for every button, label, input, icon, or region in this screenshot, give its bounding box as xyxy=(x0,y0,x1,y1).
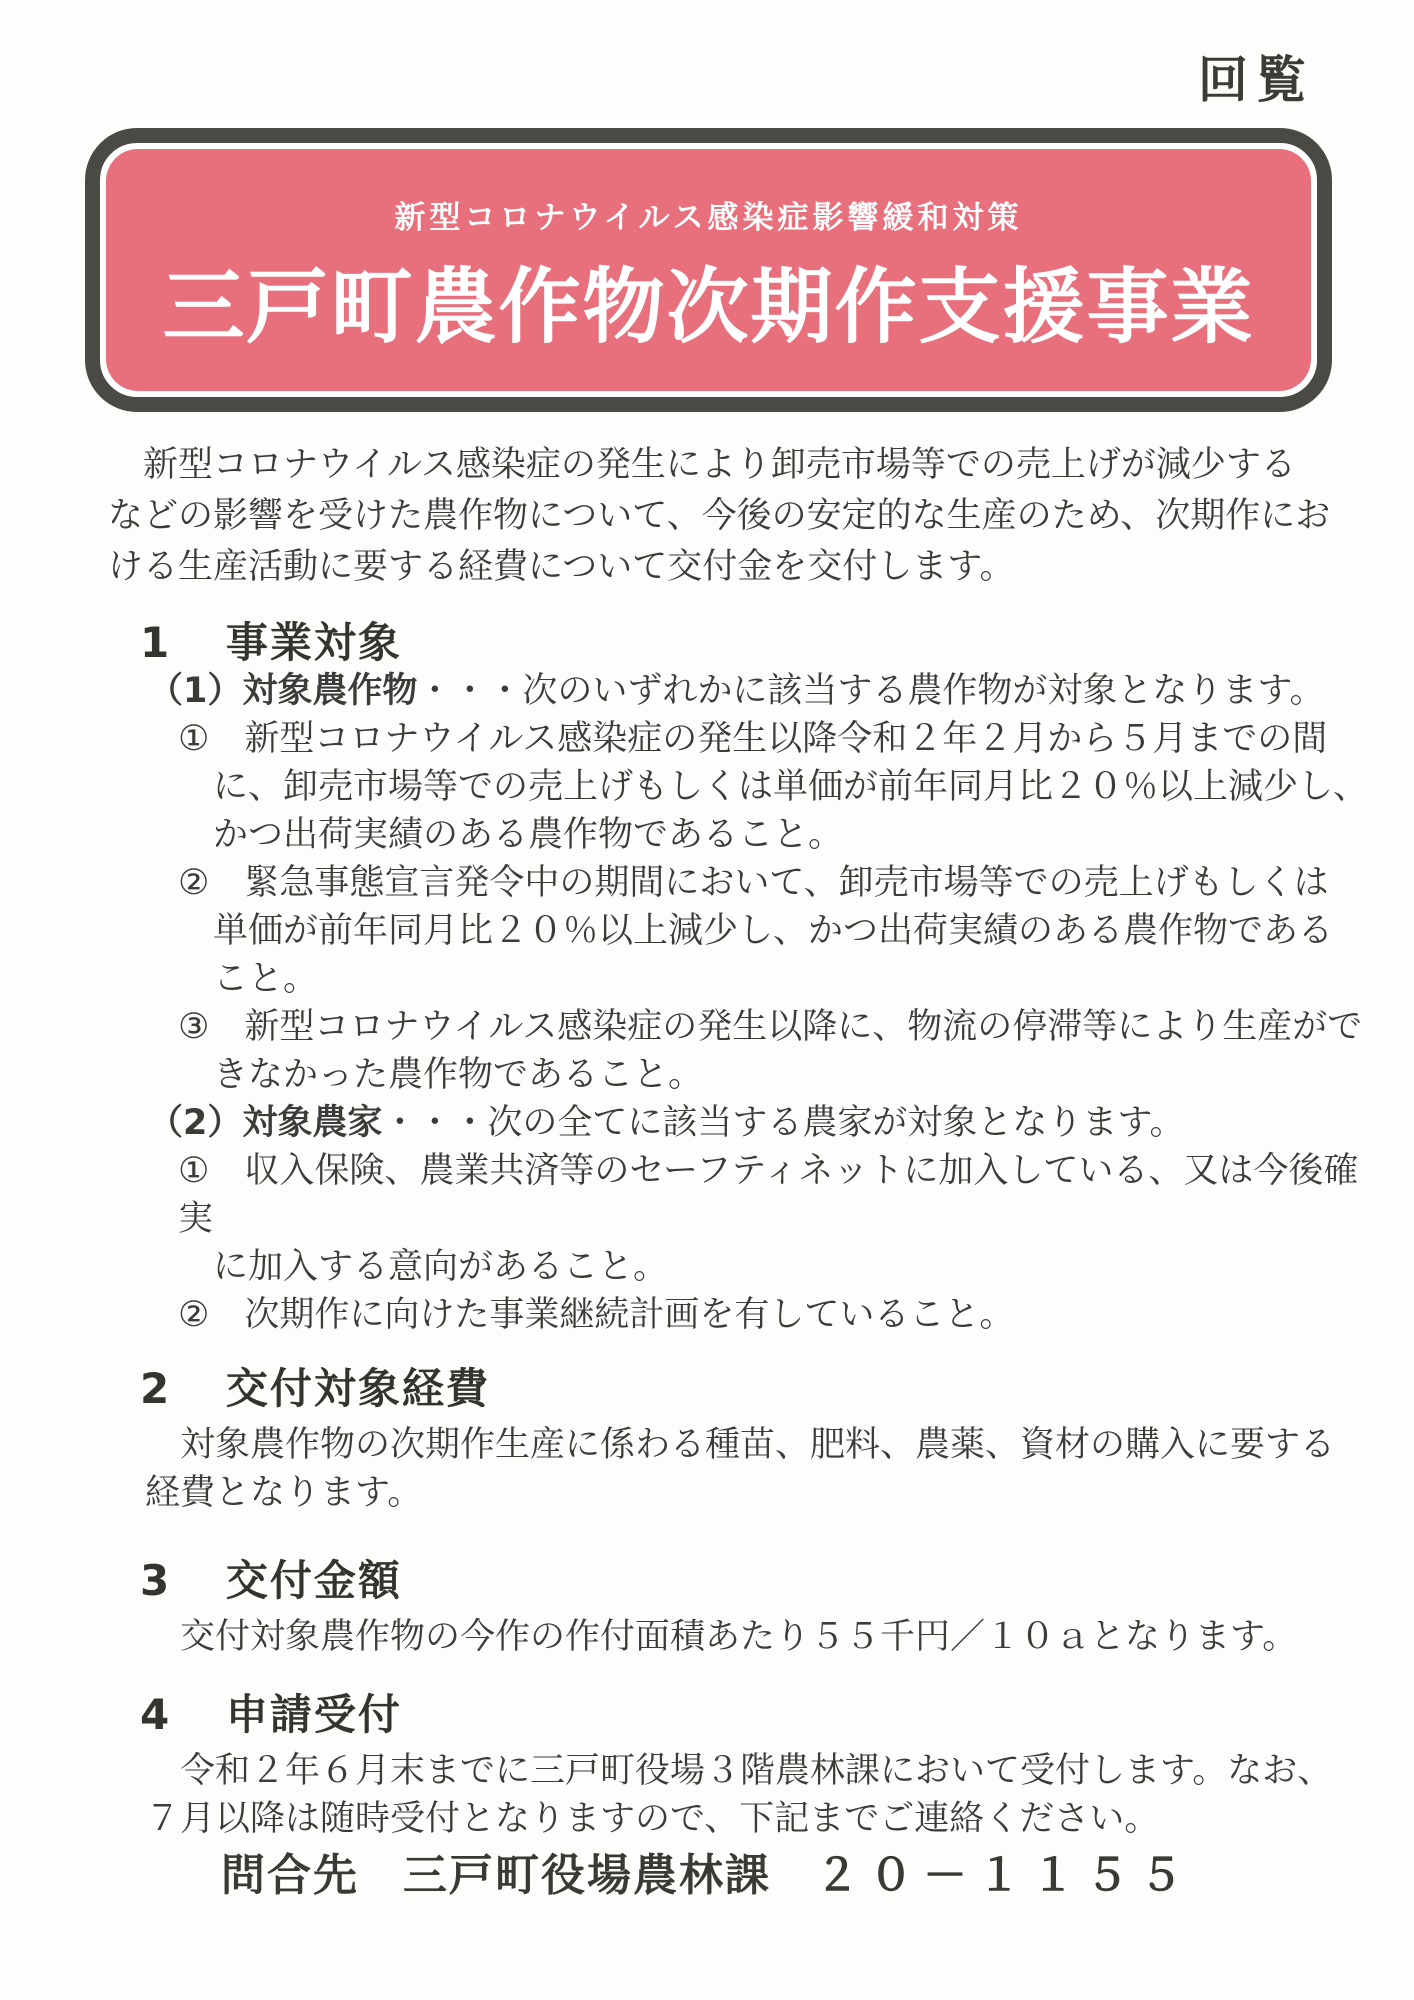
section-3-title: 交付金額 xyxy=(226,1557,402,1605)
title-banner: 新型コロナウイルス感染症影響緩和対策 三戸町農作物次期作支援事業 xyxy=(85,128,1332,412)
target-farmers-label: （2）対象農家 xyxy=(148,1103,382,1143)
contact-line: 問合先三戸町役場農林課２０－１１５５ xyxy=(0,1851,1414,1901)
target-crops-subheading: （1）対象農作物・・・次のいずれかに該当する農作物が対象となります。 xyxy=(0,667,1414,715)
crops-item-1: ① 新型コロナウイルス感染症の発生以降令和２年２月から５月までの間 に、卸売市場… xyxy=(0,715,1414,859)
document-page: 回覧 新型コロナウイルス感染症影響緩和対策 三戸町農作物次期作支援事業 新型コロ… xyxy=(0,0,1414,2000)
section-4-body: 令和２年６月末までに三戸町役場３階農林課において受付します。なお、 ７月以降は随… xyxy=(0,1747,1414,1843)
farmers-item-2: ② 次期作に向けた事業継続計画を有していること。 xyxy=(0,1291,1414,1339)
section-2-heading: 2 交付対象経費 xyxy=(0,1365,1414,1413)
section-4-heading: 4 申請受付 xyxy=(0,1691,1414,1739)
section-1-number: 1 xyxy=(140,619,171,667)
section-2-body: 対象農作物の次期作生産に係わる種苗、肥料、農薬、資材の購入に要する 経費となりま… xyxy=(0,1421,1414,1517)
crops-item-3: ③ 新型コロナウイルス感染症の発生以降に、物流の停滞等により生産がで きなかった… xyxy=(0,1003,1414,1099)
circulation-stamp: 回覧 xyxy=(1198,40,1314,112)
document-body: 新型コロナウイルス感染症の発生により卸売市場等での売上げが減少する などの影響を… xyxy=(0,412,1414,1901)
crops-item-2: ② 緊急事態宣言発令中の期間において、卸売市場等での売上げもしくは 単価が前年同… xyxy=(0,859,1414,1003)
section-3-number: 3 xyxy=(140,1557,171,1605)
section-4-title: 申請受付 xyxy=(226,1691,402,1739)
target-crops-label: （1）対象農作物 xyxy=(148,671,417,711)
title-banner-fill: 新型コロナウイルス感染症影響緩和対策 三戸町農作物次期作支援事業 xyxy=(106,149,1311,391)
target-farmers-text: ・・・次の全てに該当する農家が対象となります。 xyxy=(382,1103,1184,1143)
target-farmers-subheading: （2）対象農家・・・次の全てに該当する農家が対象となります。 xyxy=(0,1099,1414,1147)
section-2-number: 2 xyxy=(140,1365,171,1413)
banner-subtitle: 新型コロナウイルス感染症影響緩和対策 xyxy=(394,192,1022,237)
section-3-heading: 3 交付金額 xyxy=(0,1557,1414,1605)
farmers-item-1: ① 収入保険、農業共済等のセーフティネットに加入している、又は今後確実 に加入す… xyxy=(0,1147,1414,1291)
section-2-title: 交付対象経費 xyxy=(226,1365,490,1413)
contact-label: 問合先 xyxy=(221,1850,359,1901)
section-1-title: 事業対象 xyxy=(226,619,402,667)
contact-office: 三戸町役場農林課 xyxy=(403,1850,771,1901)
section-3-body: 交付対象農作物の今作の作付面積あたり５５千円／１０ａとなります。 xyxy=(0,1613,1414,1661)
section-4-number: 4 xyxy=(140,1691,171,1739)
section-1-heading: 1 事業対象 xyxy=(0,619,1414,667)
page-title: 三戸町農作物次期作支援事業 xyxy=(162,267,1254,349)
target-crops-text: ・・・次のいずれかに該当する農作物が対象となります。 xyxy=(417,671,1324,711)
contact-phone: ２０－１１５５ xyxy=(815,1850,1193,1901)
intro-paragraph: 新型コロナウイルス感染症の発生により卸売市場等での売上げが減少する などの影響を… xyxy=(0,440,1414,593)
